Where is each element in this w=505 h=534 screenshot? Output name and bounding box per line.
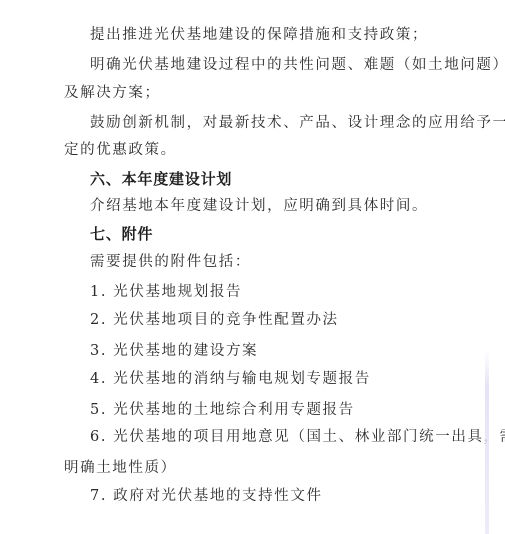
section-6-heading: 六、本年度建设计划 xyxy=(90,170,232,188)
section-6-body: 介绍基地本年度建设计划，应明确到具体时间。 xyxy=(90,197,428,215)
section-7-intro: 需要提供的附件包括： xyxy=(90,253,251,271)
paragraph-innovation: 鼓励创新机制，对最新技术、产品、设计理念的应用给予一 xyxy=(90,114,505,132)
section-7-heading: 七、附件 xyxy=(90,225,153,243)
attachment-item: 3. 光伏基地的建设方案 xyxy=(90,342,258,360)
attachment-item: 6. 光伏基地的项目用地意见（国土、林业部门统一出具，需 xyxy=(90,428,505,446)
paragraph-common-issues: 明确光伏基地建设过程中的共性问题、难题（如土地问题） xyxy=(90,56,505,74)
paragraph-innovation-cont: 定的优惠政策。 xyxy=(64,141,177,159)
attachment-item-cont: 明确土地性质） xyxy=(64,459,177,477)
document-page: 提出推进光伏基地建设的保障措施和支持政策； 明确光伏基地建设过程中的共性问题、难… xyxy=(0,0,505,534)
attachment-item: 7. 政府对光伏基地的支持性文件 xyxy=(90,487,323,505)
attachment-item: 1. 光伏基地规划报告 xyxy=(90,283,242,301)
attachment-item: 2. 光伏基地项目的竞争性配置办法 xyxy=(90,311,339,329)
attachment-item: 5. 光伏基地的土地综合利用专题报告 xyxy=(90,401,355,419)
page-edge-shadow xyxy=(485,350,489,534)
attachment-item: 4. 光伏基地的消纳与输电规划专题报告 xyxy=(90,370,371,388)
paragraph-support-policies: 提出推进光伏基地建设的保障措施和支持政策； xyxy=(90,26,428,44)
paragraph-common-issues-cont: 及解决方案； xyxy=(64,84,161,102)
